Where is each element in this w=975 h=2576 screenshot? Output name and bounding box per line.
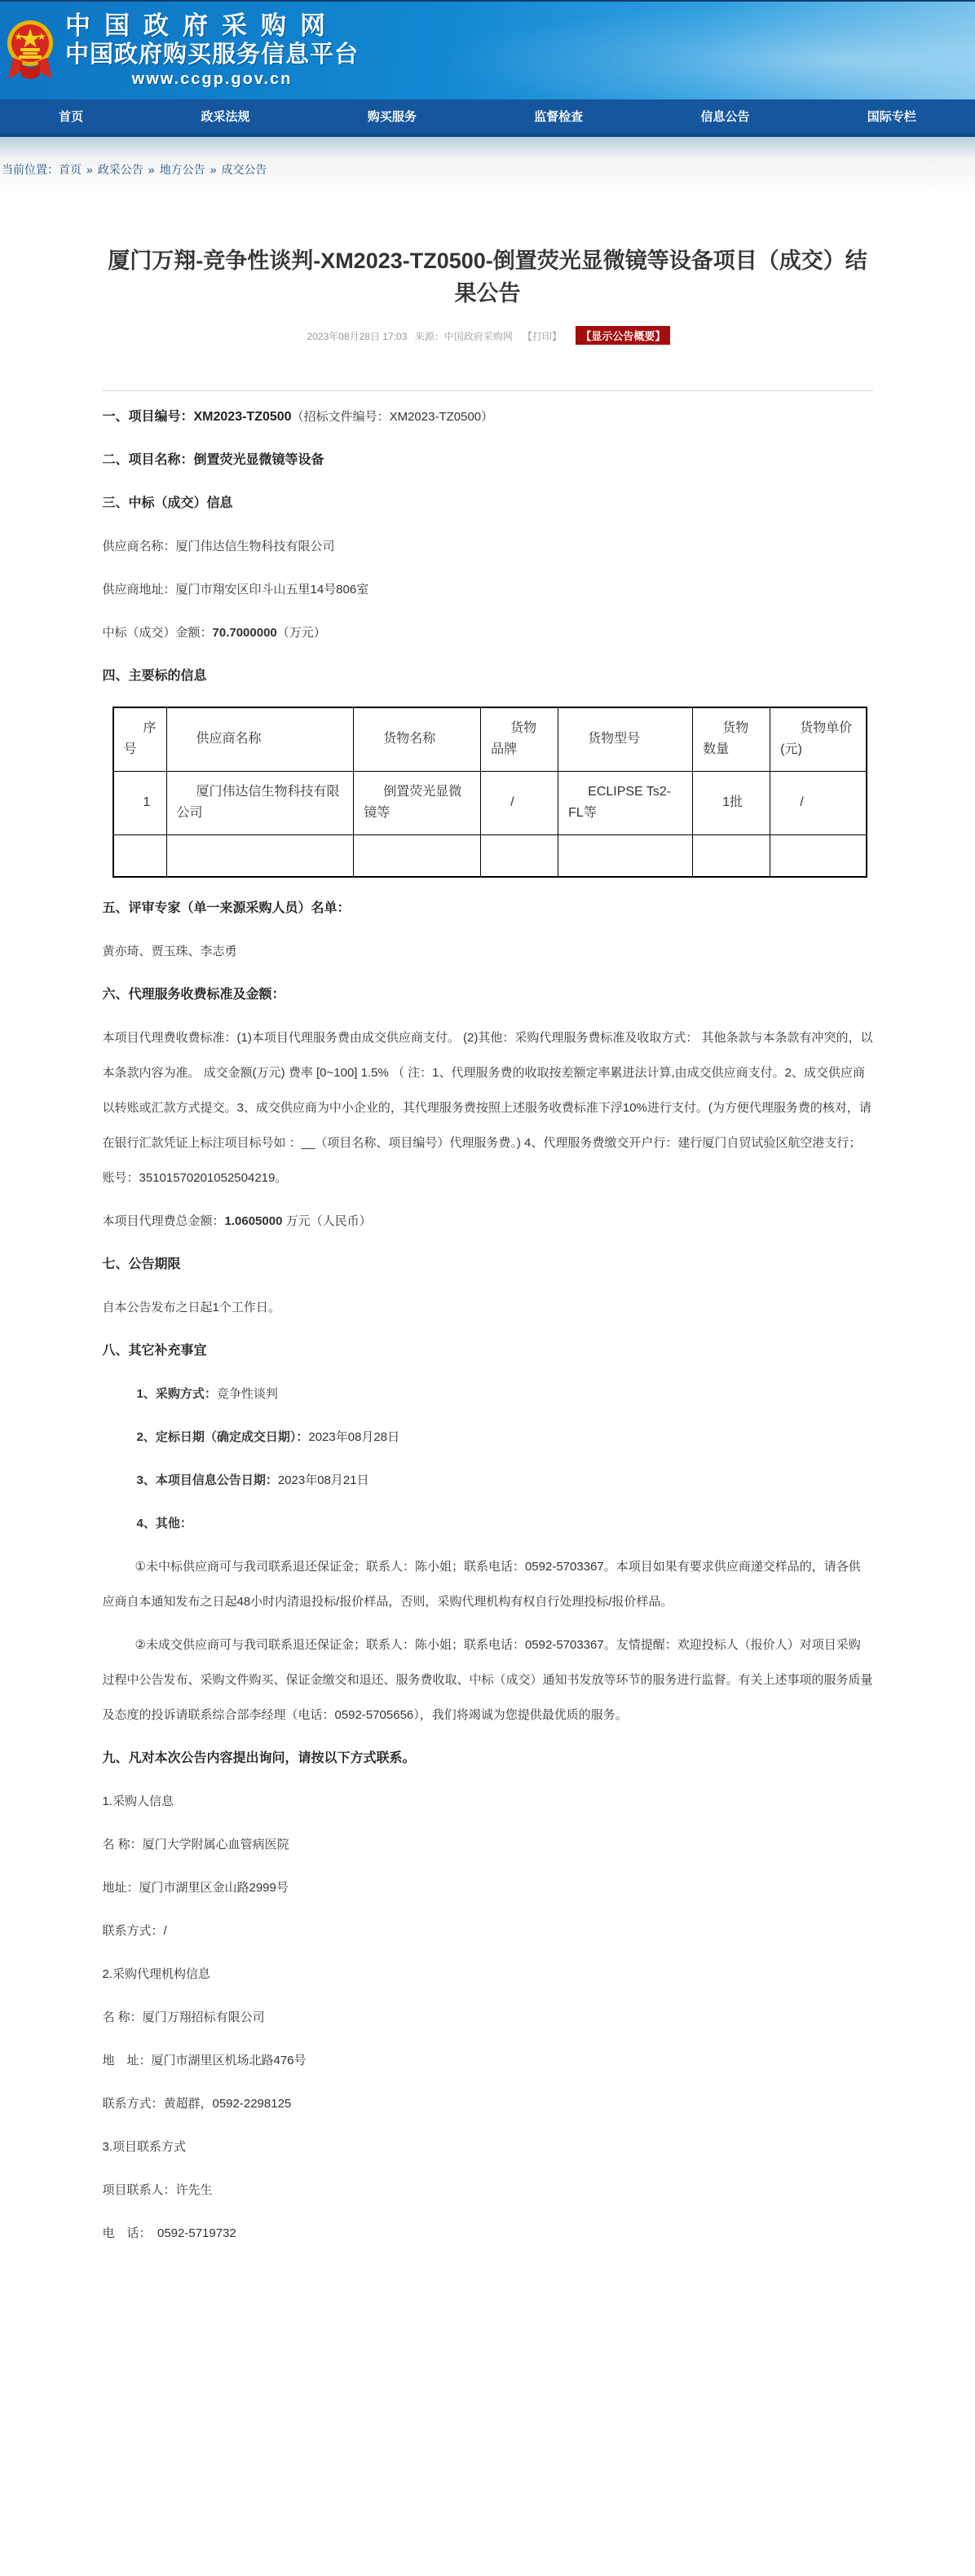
goods-table-wrap: 序号 供应商名称 货物名称 货物品牌 货物型号 货物数量 货物单价(元) 1 厦…: [112, 707, 873, 878]
nav-item-announcements[interactable]: 信息公告: [700, 108, 749, 125]
nav-item-supervision[interactable]: 监督检查: [534, 108, 583, 125]
nav-item-home[interactable]: 首页: [59, 108, 83, 125]
nav-item-purchase-services[interactable]: 购买服务: [368, 108, 417, 125]
print-button[interactable]: 【打印】: [523, 331, 562, 342]
buyer-info-heading: 1.采购人信息: [103, 1784, 873, 1819]
main-nav: 首页 政采法规 购买服务 监督检查 信息公告 国际专栏: [0, 99, 975, 137]
section-1-project-number: 一、项目编号：XM2023-TZ0500（招标文件编号：XM2023-TZ050…: [103, 399, 873, 434]
nav-item-regulations[interactable]: 政采法规: [201, 108, 249, 125]
supplementary-item-4: 4、其他：: [103, 1506, 873, 1541]
article: 厦门万翔-竞争性谈判-XM2023-TZ0500-倒置荧光显微镜等设备项目（成交…: [103, 244, 873, 2251]
col-model: 货物型号: [558, 707, 693, 771]
agency-contact: 联系方式：黄超群，0592-2298125: [103, 2086, 873, 2121]
buyer-contact: 联系方式：/: [103, 1913, 873, 1949]
col-supplier: 供应商名称: [166, 707, 354, 771]
cell-goods-name: 倒置荧光显微镜等: [354, 771, 481, 834]
agency-fee-standard: 本项目代理费收费标准：(1)本项目代理服务费由成交供应商支付。 (2)其他：采购…: [103, 1020, 873, 1196]
show-summary-button[interactable]: 【显示公告概要】: [576, 326, 670, 345]
col-unit-price: 货物单价(元): [770, 707, 867, 771]
supplementary-item-1: 1、采购方式：竞争性谈判: [103, 1376, 873, 1411]
breadcrumb-separator: »: [210, 163, 217, 176]
goods-table-row: 1 厦门伟达信生物科技有限公司 倒置荧光显微镜等 / ECLIPSE Ts2-F…: [113, 771, 867, 834]
experts-list: 黄亦琦、贾玉珠、李志勇: [103, 934, 873, 969]
nav-item-international[interactable]: 国际专栏: [867, 108, 916, 125]
breadcrumb-separator: »: [148, 163, 155, 176]
project-contact-person: 项目联系人：许先生: [103, 2173, 873, 2208]
goods-table-empty-row: [113, 834, 867, 877]
section-3-award-info: 三、中标（成交）信息: [103, 486, 873, 521]
cell-quantity: 1批: [693, 771, 770, 834]
supplementary-item-2: 2、定标日期（确定成交日期）：2023年08月28日: [103, 1420, 873, 1455]
supplementary-item-3: 3、本项目信息公告日期：2023年08月21日: [103, 1463, 873, 1498]
announcement-period-text: 自本公告发布之日起1个工作日。: [103, 1290, 873, 1325]
cell-model: ECLIPSE Ts2-FL等: [558, 771, 693, 834]
site-url: www.ccgp.gov.cn: [65, 68, 359, 90]
national-emblem-icon: [7, 11, 54, 92]
note-2-deposit-refund: ②未成交供应商可与我司联系退还保证金；联系人：陈小姐；联系电话：0592-570…: [103, 1627, 873, 1733]
col-brand: 货物品牌: [481, 707, 558, 771]
supplier-name: 供应商名称：厦门伟达信生物科技有限公司: [103, 529, 873, 564]
section-2-project-name: 二、项目名称：倒置荧光显微镜等设备: [103, 443, 873, 478]
breadcrumb-prefix: 当前位置：: [2, 163, 59, 176]
article-meta: 2023年08月28日 17:03 来源：中国政府采购网 【打印】 【显示公告概…: [103, 326, 873, 345]
note-1-deposit-refund: ①未中标供应商可与我司联系退还保证金；联系人：陈小姐；联系电话：0592-570…: [103, 1549, 873, 1619]
agency-fee-total: 本项目代理费总金额：1.0605000 万元（人民币）: [103, 1204, 873, 1239]
cell-brand: /: [481, 771, 558, 834]
section-7-announcement-period: 七、公告期限: [103, 1247, 873, 1282]
page-title: 厦门万翔-竞争性谈判-XM2023-TZ0500-倒置荧光显微镜等设备项目（成交…: [103, 244, 873, 310]
cell-supplier: 厦门伟达信生物科技有限公司: [166, 771, 354, 834]
site-subtitle: 中国政府购买服务信息平台: [65, 41, 359, 68]
col-quantity: 货物数量: [693, 707, 770, 771]
project-contact-phone: 电 话： 0592-5719732: [103, 2216, 873, 2251]
col-goods-name: 货物名称: [354, 707, 481, 771]
site-banner: 中国政府采购网 中国政府购买服务信息平台 www.ccgp.gov.cn: [0, 0, 975, 99]
buyer-name: 名 称：厦门大学附属心血管病医院: [103, 1827, 873, 1862]
col-seq: 序号: [113, 707, 167, 771]
agency-address: 地 址：厦门市湖里区机场北路476号: [103, 2043, 873, 2078]
agency-name: 名 称：厦门万翔招标有限公司: [103, 2000, 873, 2035]
breadcrumb-home[interactable]: 首页: [59, 163, 82, 176]
breadcrumb-separator: »: [86, 163, 93, 176]
cell-unit-price: /: [770, 771, 867, 834]
breadcrumb-local[interactable]: 地方公告: [160, 163, 205, 176]
site-title: 中国政府采购网: [65, 11, 359, 41]
project-contact-heading: 3.项目联系方式: [103, 2129, 873, 2164]
section-5-experts: 五、评审专家（单一来源采购人员）名单：: [103, 891, 873, 926]
breadcrumb: 当前位置：首页»政采公告»地方公告»成交公告: [0, 161, 975, 178]
section-4-main-subject: 四、主要标的信息: [103, 658, 873, 694]
award-amount: 中标（成交）金额：70.7000000（万元）: [103, 615, 873, 650]
goods-table-header-row: 序号 供应商名称 货物名称 货物品牌 货物型号 货物数量 货物单价(元): [113, 707, 867, 771]
cell-seq: 1: [113, 771, 167, 834]
breadcrumb-zhengcai[interactable]: 政采公告: [98, 163, 143, 176]
goods-table: 序号 供应商名称 货物名称 货物品牌 货物型号 货物数量 货物单价(元) 1 厦…: [112, 707, 867, 878]
buyer-address: 地址：厦门市湖里区金山路2999号: [103, 1870, 873, 1905]
nav-fade-strip: [0, 137, 975, 158]
agency-info-heading: 2.采购代理机构信息: [103, 1957, 873, 1992]
supplier-address: 供应商地址：厦门市翔安区印斗山五里14号806室: [103, 572, 873, 607]
title-divider: [103, 390, 873, 391]
publish-datetime: 2023年08月28日 17:03: [307, 331, 408, 342]
breadcrumb-band: 当前位置：首页»政采公告»地方公告»成交公告: [0, 158, 975, 192]
breadcrumb-deal[interactable]: 成交公告: [221, 163, 267, 176]
site-identity: 中国政府采购网 中国政府购买服务信息平台 www.ccgp.gov.cn: [65, 11, 359, 90]
source-label: 来源：中国政府采购网: [415, 331, 513, 342]
section-9-contact: 九、凡对本次公告内容提出询问，请按以下方式联系。: [103, 1741, 873, 1776]
section-6-agency-fee: 六、代理服务收费标准及金额：: [103, 977, 873, 1012]
section-8-supplementary: 八、其它补充事宜: [103, 1333, 873, 1368]
